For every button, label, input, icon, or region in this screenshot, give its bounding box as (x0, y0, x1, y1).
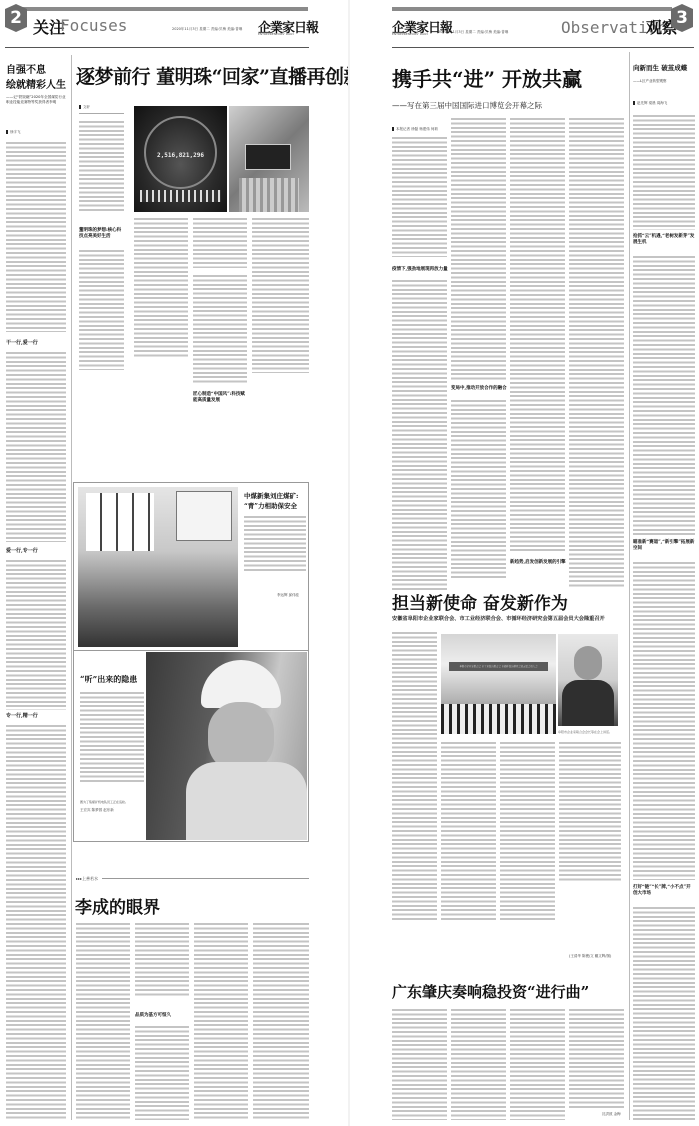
third-body-text (510, 1009, 565, 1120)
second-subtitle: 安徽省阜阳市企业家联合会、市工业经济联合会、市循环经济研究会第五届会员大会隆重召… (392, 615, 605, 622)
lead-body-text (451, 118, 506, 380)
masthead-subtitle: ENTREPRENEURS' DAILY (258, 32, 294, 36)
lead-body-text (252, 218, 309, 373)
livestream-stage-photo: 2,516,821,296 (134, 106, 227, 212)
sidebar-subtitle: ——记“铁饭碗”2020年全国煤炭行业职业技能竞赛特等奖获得者李明 (6, 95, 68, 105)
header-rule (392, 47, 694, 48)
lead-body-text (79, 250, 124, 370)
conference-hall-photo: 阜阳市企业家联合会 市工业经济联合会 市循环经济研究会第五届会员大会 (441, 634, 556, 734)
column-subhead: 品质为基方可恒久 (135, 1013, 171, 1019)
page-number-badge: 3 (671, 4, 693, 32)
sidebar-body-text (6, 560, 66, 710)
speaker-photo-caption: 阜阳市企业家联合会会长等在会上讲话。 (558, 730, 620, 734)
lead-byline: 文轩 (79, 105, 90, 110)
column-kicker: ▸▸▸上善若水 (76, 876, 98, 882)
sidebar-body-text (633, 907, 695, 1120)
listen-title: “听”出来的隐患 (80, 674, 137, 685)
lead-subhead-3: 新趋势,启发创新发展的引擎 (510, 560, 566, 566)
column-body-text (135, 923, 189, 998)
header-rule (5, 47, 309, 48)
safety-body-text (244, 516, 306, 571)
sales-figure-display: 2,516,821,296 (134, 152, 227, 159)
lead-body-text (193, 218, 247, 268)
livestream-hosts-photo (229, 106, 309, 212)
column-divider (629, 52, 630, 1120)
sidebar-body-text (6, 352, 66, 542)
lead-byline: 本报记者 徐磊 杨建伟 何莉 (392, 127, 438, 132)
third-author: 沈洪波 金梅 (602, 1112, 621, 1117)
sidebar-subhead-1: 干一行,爱一行 (6, 340, 38, 347)
third-body-text (392, 1009, 447, 1120)
third-body-text (451, 1009, 506, 1120)
sidebar-title: 向新而生 破茧成蝶 (633, 64, 687, 73)
listen-author: 王宏宾 陈梦园 赵东新 (80, 808, 114, 813)
safety-author: 李运辉 邱伟佳 (277, 593, 299, 598)
sidebar-body-text (6, 725, 66, 1120)
third-headline: 广东肇庆奏响稳投资“进行曲” (392, 981, 589, 1002)
second-body-text (392, 632, 437, 922)
sidebar-subhead-2: 瞄准新“赛道”,“新引擎”拓展新空间 (633, 540, 695, 552)
lead-subhead-2: 变局中,推动开放合作的融合 (451, 386, 507, 392)
header-bar (392, 7, 672, 11)
sidebar-title-line1: 自强不息 (6, 64, 68, 78)
lead-body-text (134, 218, 188, 358)
sidebar-subhead-3: 打好“链”“长”牌,“小不点”开创大市场 (633, 885, 695, 897)
sidebar-subhead-1: 抢抓“云”机遇,“老树发新芽”发展生机 (633, 234, 695, 246)
sidebar-byline: 赵先辉 梁晨 周海飞 (633, 101, 667, 106)
miner-helmet-photo (146, 652, 307, 840)
training-room-photo (78, 487, 238, 647)
column-body-text (135, 1026, 189, 1120)
lead-subhead-1: 疫情下,强劲地展现再放力量 (392, 267, 452, 273)
second-headline: 担当新使命 奋发新作为 (392, 589, 568, 614)
lead-body-text (569, 118, 624, 588)
sidebar-body-text (633, 256, 695, 536)
safety-title-line1: 中煤新集刘庄煤矿: (244, 492, 308, 501)
listen-body-text (80, 692, 144, 782)
sidebar-body-text (633, 562, 695, 880)
second-body-text (559, 742, 621, 882)
column-headline: 李成的眼界 (75, 893, 160, 918)
lead-subhead-1: 董明珠的梦想:核心科技点亮美好生活 (79, 228, 125, 240)
dateline: 2020年11月3日 星期二 责编:贝梅 美编:普琳 (438, 30, 508, 35)
lead-intro-text (79, 121, 124, 211)
dateline: 2020年11月3日 星期二 责编:贝梅 美编:普琳 (172, 27, 242, 32)
lead-body-text (392, 280, 447, 590)
sidebar-subhead-2: 爱一行,专一行 (6, 548, 38, 555)
lead-body-text (392, 137, 447, 257)
column-body-text (194, 923, 248, 1120)
lead-body-text (451, 400, 506, 580)
lead-body-text (193, 275, 247, 385)
speaker-portrait-photo (558, 634, 618, 726)
lead-subhead-2: 匠心制造“中国风”:科技赋能高质量发展 (193, 392, 245, 404)
sidebar-subhead-3: 专一行,精一行 (6, 713, 38, 720)
listen-credit: 图为丁集煤矿机电队员工正在巡检。 (80, 800, 128, 804)
second-author: (王清华 陈俊/文 戴文辉/图) (569, 954, 611, 959)
lead-subtitle: ——写在第三届中国国际进口博览会开幕之际 (392, 100, 542, 111)
third-body-text (569, 1009, 624, 1109)
right-page: 企業家日報 ENTREPRENEURS' DAILY 2020年11月3日 星期… (350, 0, 699, 1126)
sidebar-body-text (633, 115, 695, 230)
section-title-en: Focuses (60, 16, 127, 35)
second-body-text (441, 742, 496, 920)
sidebar-title-line2: 绘就精彩人生 (6, 79, 68, 93)
sidebar-body-text (6, 142, 66, 332)
lead-body-text (510, 118, 565, 553)
column-body-text (76, 923, 130, 1120)
page-number-badge: 2 (5, 4, 27, 32)
lead-headline: 携手共“进” 开放共赢 (392, 63, 582, 92)
sidebar-subtitle: ——L区产业转型观察 (633, 79, 666, 84)
masthead-subtitle: ENTREPRENEURS' DAILY (392, 32, 428, 36)
conference-banner: 阜阳市企业家联合会 市工业经济联合会 市循环经济研究会第五届会员大会 (449, 662, 548, 671)
second-body-text (500, 742, 555, 920)
column-body-text (253, 923, 309, 1120)
header-bar (12, 7, 308, 11)
safety-title-line2: “青”力相助保安全 (244, 502, 308, 511)
sidebar-byline: 徐宇飞 (6, 130, 21, 135)
column-divider (71, 55, 72, 1120)
left-page: 2 关注 Focuses 2020年11月3日 星期二 责编:贝梅 美编:普琳 … (0, 0, 349, 1126)
